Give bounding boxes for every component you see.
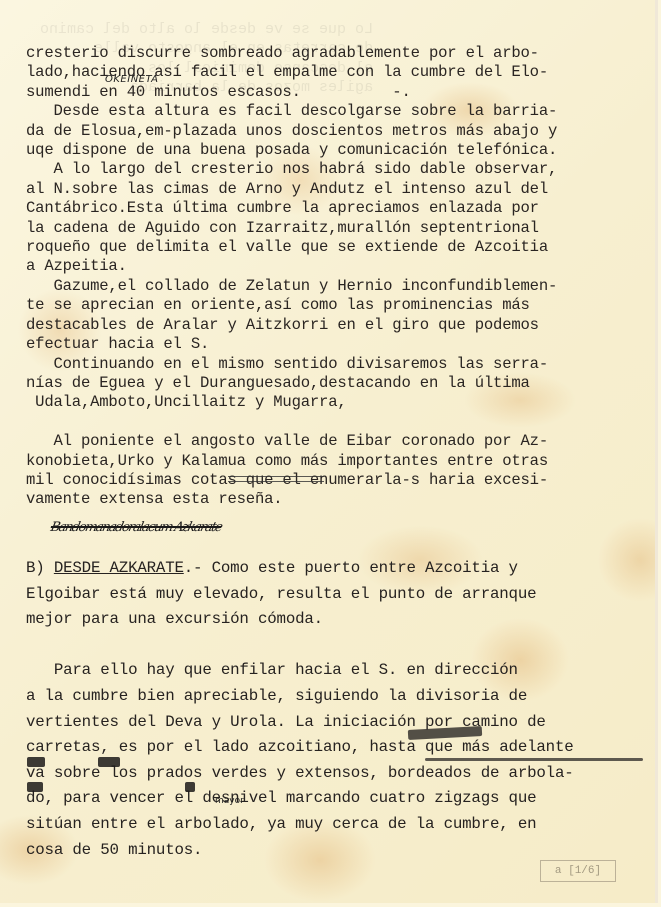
separator-rule	[228, 476, 324, 482]
section-b-body: .- Como este puerto entre Azcoitia y Elg…	[26, 559, 574, 859]
document-page: Lo que se ve desde lo alto del camino de…	[0, 0, 658, 903]
ink-correction	[27, 782, 43, 792]
handwritten-annotation-mayor: mayor	[215, 796, 244, 806]
section-b: B) DESDE AZKARATE.- Como este puerto ent…	[26, 556, 574, 863]
ink-correction	[185, 782, 195, 792]
page-number-stamp: a [1/6]	[540, 860, 616, 882]
ink-correction	[425, 758, 643, 761]
body-text-part1: cresterio discurre sombreado agradableme…	[26, 44, 557, 510]
section-b-heading: DESDE AZKARATE	[54, 559, 184, 577]
section-b-label: B)	[26, 559, 54, 577]
handwritten-annotation-okeineta: OKEINETA	[105, 74, 159, 85]
handwritten-struck-line: Bandomanadoralacum Azkarate	[48, 520, 233, 542]
ink-correction	[98, 757, 120, 767]
ink-correction	[27, 757, 45, 767]
